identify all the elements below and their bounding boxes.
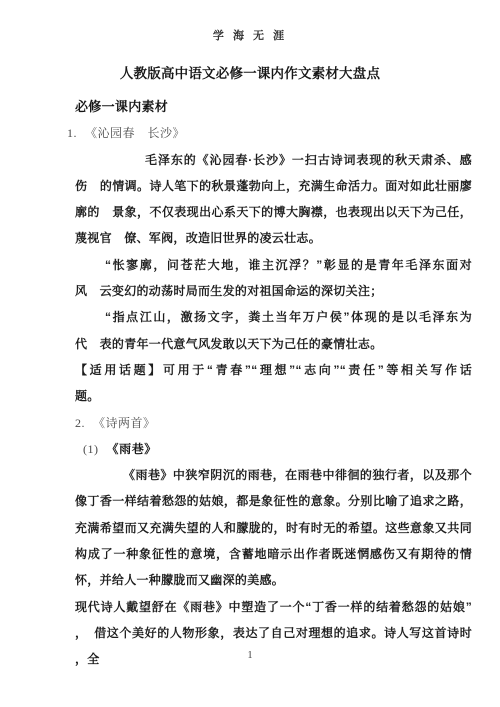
- item-number: 2.: [75, 416, 85, 430]
- text-line: 毛泽东的《沁园春·长沙》一扫古诗词表现的秋天肃杀、感: [145, 147, 472, 173]
- text-line: “指点江山，激扬文字，粪土当年万户侯”体现的是以毛泽东为: [105, 304, 472, 330]
- page-title: 人教版高中语文必修一课内作文素材大盘点: [0, 62, 500, 82]
- list-item-line: 2.《诗两首》: [75, 410, 472, 436]
- text-line: 题。: [75, 383, 472, 409]
- page-header-watermark: 学 海 无 涯: [0, 27, 500, 43]
- text-line: 廓的 景象，不仅表现出心系天下的博大胸襟，也表现出以天下为己任，: [75, 199, 472, 225]
- item-title: 《雨巷》: [107, 442, 157, 456]
- item-number: 1.: [67, 126, 77, 140]
- item-title: 《诗两首》: [93, 416, 156, 430]
- document-body: 必修一课内素材1.《沁园春 长沙》毛泽东的《沁园春·长沙》一扫古诗词表现的秋天肃…: [75, 94, 472, 673]
- text-line: 构成了一种象征性的意境，含蓄地暗示出作者既迷惘感伤又有期待的情: [75, 541, 472, 567]
- section-heading: 必修一课内素材: [75, 94, 472, 120]
- list-item-line: 1.《沁园春 长沙》: [67, 120, 472, 146]
- document-page: 学 海 无 涯 人教版高中语文必修一课内作文素材大盘点 必修一课内素材1.《沁园…: [0, 0, 500, 707]
- text-line: ， 借这个美好的人物形象，表达了自己对理想的追求。诗人写这首诗时: [75, 620, 472, 646]
- text-line: 蔑视官 僚、军阀，改造旧世界的凌云壮志。: [75, 225, 472, 251]
- text-line: 像丁香一样结着愁怨的姑娘，都是象征性的意象。分别比喻了追求之路，: [75, 488, 472, 514]
- item-title: 《沁园春 长沙》: [85, 126, 185, 140]
- item-number: (1): [83, 442, 99, 456]
- text-line: 代 表的青年一代意气风发敢以天下为己任的豪情壮志。: [75, 331, 472, 357]
- page-number: 1: [0, 650, 500, 661]
- text-line: 风 云变幻的动荡时局而生发的对祖国命运的深切关注；: [75, 278, 472, 304]
- list-item-line: (1)《雨巷》: [83, 436, 472, 462]
- text-line: 【适用话题】可用于“青春”“理想”“志向”“责任”等相关写作话: [75, 357, 472, 383]
- text-line: “怅寥廓，问苍茫大地，谁主沉浮？”彰显的是青年毛泽东面对: [105, 252, 472, 278]
- text-line: 现代诗人戴望舒在《雨巷》中塑造了一个“丁香一样的结着愁怨的姑娘”: [75, 594, 472, 620]
- text-line: 《雨巷》中狭窄阴沉的雨巷，在雨巷中徘徊的独行者，以及那个: [123, 462, 472, 488]
- text-line: 伤 的情调。诗人笔下的秋景蓬勃向上，充满生命活力。面对如此壮丽廖: [75, 173, 472, 199]
- text-line: 充满希望而又充满失望的人和朦胧的，时有时无的希望。这些意象又共同: [75, 515, 472, 541]
- text-line: 怀，并给人一种朦胧而又幽深的美感。: [75, 567, 472, 593]
